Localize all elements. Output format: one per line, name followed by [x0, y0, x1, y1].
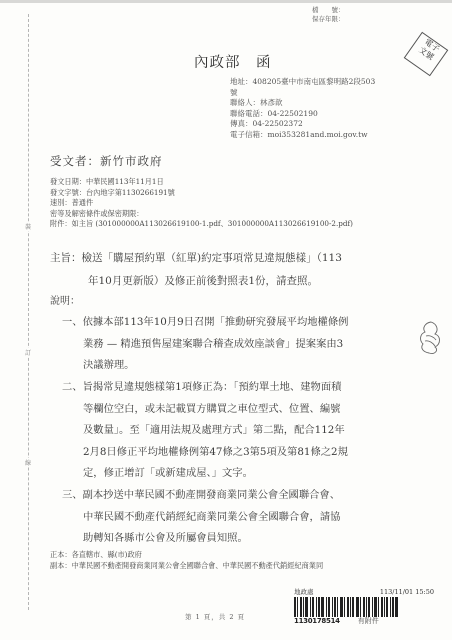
delivery-speed: 速別：普通件 [50, 198, 353, 209]
contact-block: 地址：408205臺中市南屯區黎明路2段503 號 聯絡人：林彥歆 聯絡電話：0… [230, 77, 375, 140]
item-line: 三、副本抄送中華民國不動產開發商業同業公會全國聯合會、 [62, 485, 340, 507]
item-line: 2月8日修正平均地權條例第47條之3第5項及第81條之2規 [62, 442, 348, 464]
original-recipients: 正本：各直轄市、縣(市)政府 [50, 550, 323, 561]
subject: 主旨：檢送「購屋預約單（紅單)約定事項常見違規態樣」（113 年10月更新版）及… [50, 247, 342, 293]
item-line: 等欄位空白，或未記載買方購買之車位型式、位置、編號 [62, 399, 348, 421]
binding-char-zhuang: 裝 [25, 222, 31, 231]
distribution-block: 正本：各直轄市、縣(市)政府 副本：中華民國不動產開發商業同業公會全國聯合會、中… [50, 550, 323, 571]
document-number: 發文字號：台內地字第1130266191號 [50, 188, 353, 199]
attachment-note: 有附件 [358, 617, 379, 626]
explanation-item-3: 三、副本抄送中華民國不動產開發商業同業公會全國聯合會、 中華民國不動產代銷經紀商… [62, 485, 340, 550]
item-line: 決議辦理。 [62, 355, 348, 377]
barcode-timestamp: 113/11/01 15:50 [380, 588, 434, 596]
electronic-document-stamp: 電子文號 [404, 32, 449, 77]
stamp-text: 電子文號 [411, 33, 447, 67]
item-line: 助轉知各縣市公會及所屬會員知照。 [62, 528, 340, 550]
subject-line-1: 主旨：檢送「購屋預約單（紅單)約定事項常見違規態樣」（113 [50, 247, 342, 270]
barcode-block: 地政處 113/11/01 15:50 1130178514 有附件 [294, 588, 434, 626]
item-line: 二、旨揭常見違規態樣第1項修正為：「預約單土地、建物面積 [62, 377, 348, 399]
item-line: 定，修正增訂「或新建成屋、」文字。 [62, 463, 348, 485]
copy-recipients: 副本：中華民國不動產開發商業同業公會全國聯合會、中華民國不動產代銷經紀商業同 [50, 561, 323, 572]
barcode-unit: 地政處 [294, 588, 314, 596]
archive-info: 檔 號： 保存年限： [312, 6, 345, 24]
binding-line [28, 14, 29, 610]
binding-char-xian: 線 [25, 458, 31, 467]
explanation-item-2: 二、旨揭常見違規態樣第1項修正為：「預約單土地、建物面積 等欄位空白，或未記載買… [62, 377, 348, 485]
contact-person: 聯絡人：林彥歆 [230, 98, 375, 109]
address-line-1: 地址：408205臺中市南屯區黎明路2段503 [230, 77, 375, 88]
contact-fax: 傳真：04-22502372 [230, 119, 375, 130]
issue-date: 發文日期：中華民國113年11月1日 [50, 177, 353, 188]
item-line: 及數量」。至「適用法規及處理方式」第二點，配合112年 [62, 420, 348, 442]
attachments: 附件：如主旨 (301000000A113026619100-1.pdf、301… [50, 219, 353, 230]
page-number: 第 1 頁，共 2 頁 [185, 612, 245, 621]
retention-label: 保存年限： [312, 15, 345, 24]
document-meta: 發文日期：中華民國113年11月1日 發文字號：台內地字第1130266191號… [50, 177, 353, 230]
barcode-number: 1130178514 [294, 617, 340, 626]
handwritten-mark-icon [417, 320, 443, 356]
subject-line-2: 年10月更新版）及修正前後對照表1份，請查照。 [50, 270, 342, 293]
contact-phone: 聯絡電話：04-22502190 [230, 109, 375, 120]
contact-email: 電子信箱：moi353281and.moi.gov.tw [230, 130, 375, 141]
document-title: 內政部 函 [194, 51, 272, 72]
file-number-label: 檔 號： [312, 6, 345, 15]
recipient: 受文者：新竹市政府 [50, 153, 163, 169]
address-line-2: 號 [230, 88, 375, 99]
scan-top-edge [0, 0, 452, 3]
security-level: 密等及解密條件或保密期限： [50, 209, 353, 220]
item-line: 業務 — 精進預售屋建案聯合稽查成效座談會」提案案由3 [62, 334, 348, 356]
explanation-item-1: 一、依據本部113年10月9日召開「推動研究發展平均地權條例 業務 — 精進預售… [62, 312, 348, 377]
binding-char-ding: 訂 [25, 348, 31, 357]
item-line: 中華民國不動產代銷經紀商業同業公會全國聯合會，請協 [62, 507, 340, 529]
item-line: 一、依據本部113年10月9日召開「推動研究發展平均地權條例 [62, 312, 348, 334]
explanation-label: 說明： [50, 292, 80, 307]
barcode-icon [294, 597, 419, 617]
